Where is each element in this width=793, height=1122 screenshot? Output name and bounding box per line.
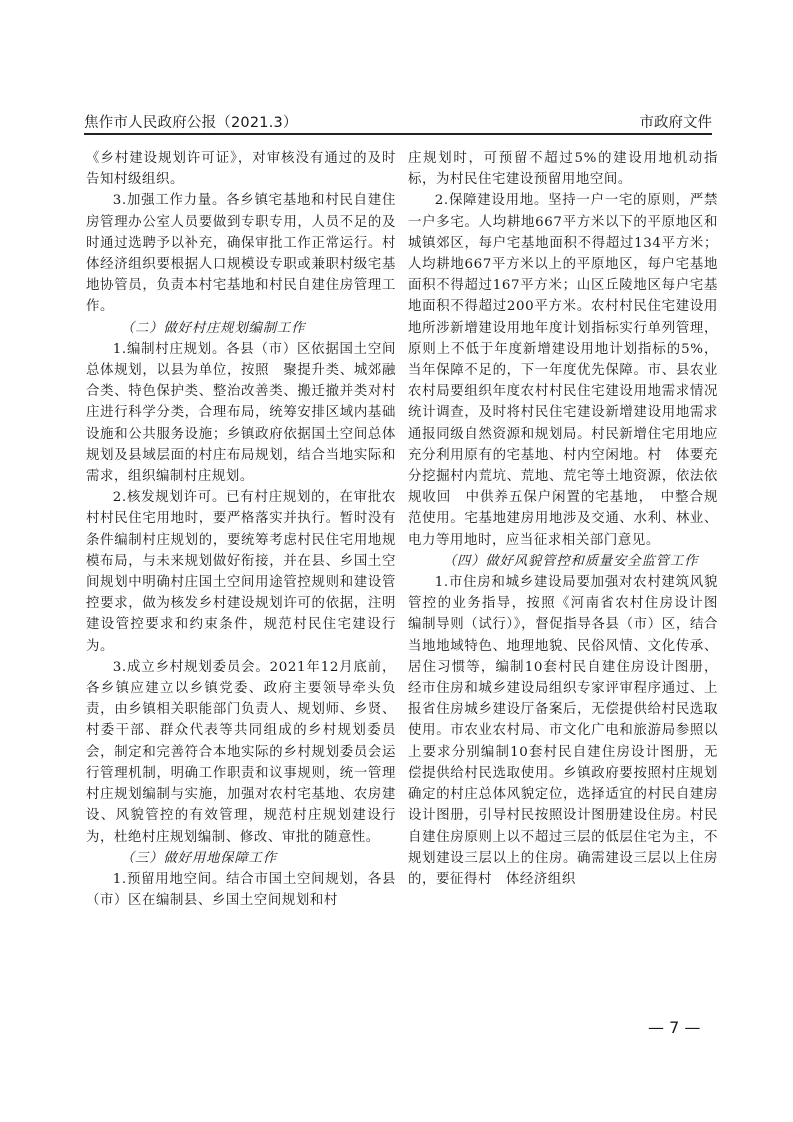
- header-rule: [84, 133, 712, 135]
- page-number: — 7 —: [648, 1018, 700, 1037]
- paragraph: 2.核发规划许可。已有村庄规划的，在审批农村村民住宅用地时，要严格落实并执行。暂…: [86, 487, 396, 657]
- section-heading: （二）做好村庄规划编制工作: [86, 318, 396, 339]
- paragraph: 1.预留用地空间。结合市国土空间规划，各县（市）区在编制县、乡国土空间规划和村: [86, 869, 396, 911]
- paragraph: 2.保障建设用地。坚持一户一宅的原则，严禁一户多宅。人均耕地667平方米以下的平…: [408, 190, 718, 550]
- paragraph: 1.编制村庄规划。各县（市）区依据国土空间总体规划，以县为单位，按照 聚提升类、…: [86, 339, 396, 487]
- section-heading: （四）做好风貌管控和质量安全监管工作: [408, 551, 718, 572]
- right-column: 庄规划时，可预留不超过5%的建设用地机动指标，为村民住宅建设预留用地空间。 2.…: [408, 148, 718, 890]
- publication-title: 焦作市人民政府公报（2021.3）: [84, 111, 298, 132]
- section-label: 市政府文件: [640, 111, 713, 132]
- paragraph: 庄规划时，可预留不超过5%的建设用地机动指标，为村民住宅建设预留用地空间。: [408, 148, 718, 190]
- paragraph: 3.加强工作力量。各乡镇宅基地和村民自建住房管理办公室人员要做到专职专用，人员不…: [86, 190, 396, 317]
- left-column: 《乡村建设规划许可证》，对审核没有通过的及时告知村级组织。 3.加强工作力量。各…: [86, 148, 396, 911]
- paragraph: 3.成立乡村规划委员会。2021年12月底前，各乡镇应建立以乡镇党委、政府主要领…: [86, 657, 396, 848]
- paragraph: 1.市住房和城乡建设局要加强对农村建筑风貌管控的业务指导，按照《河南省农村住房设…: [408, 572, 718, 890]
- paragraph: 《乡村建设规划许可证》，对审核没有通过的及时告知村级组织。: [86, 148, 396, 190]
- section-heading: （三）做好用地保障工作: [86, 848, 396, 869]
- running-header: 焦作市人民政府公报（2021.3） 市政府文件: [84, 111, 712, 133]
